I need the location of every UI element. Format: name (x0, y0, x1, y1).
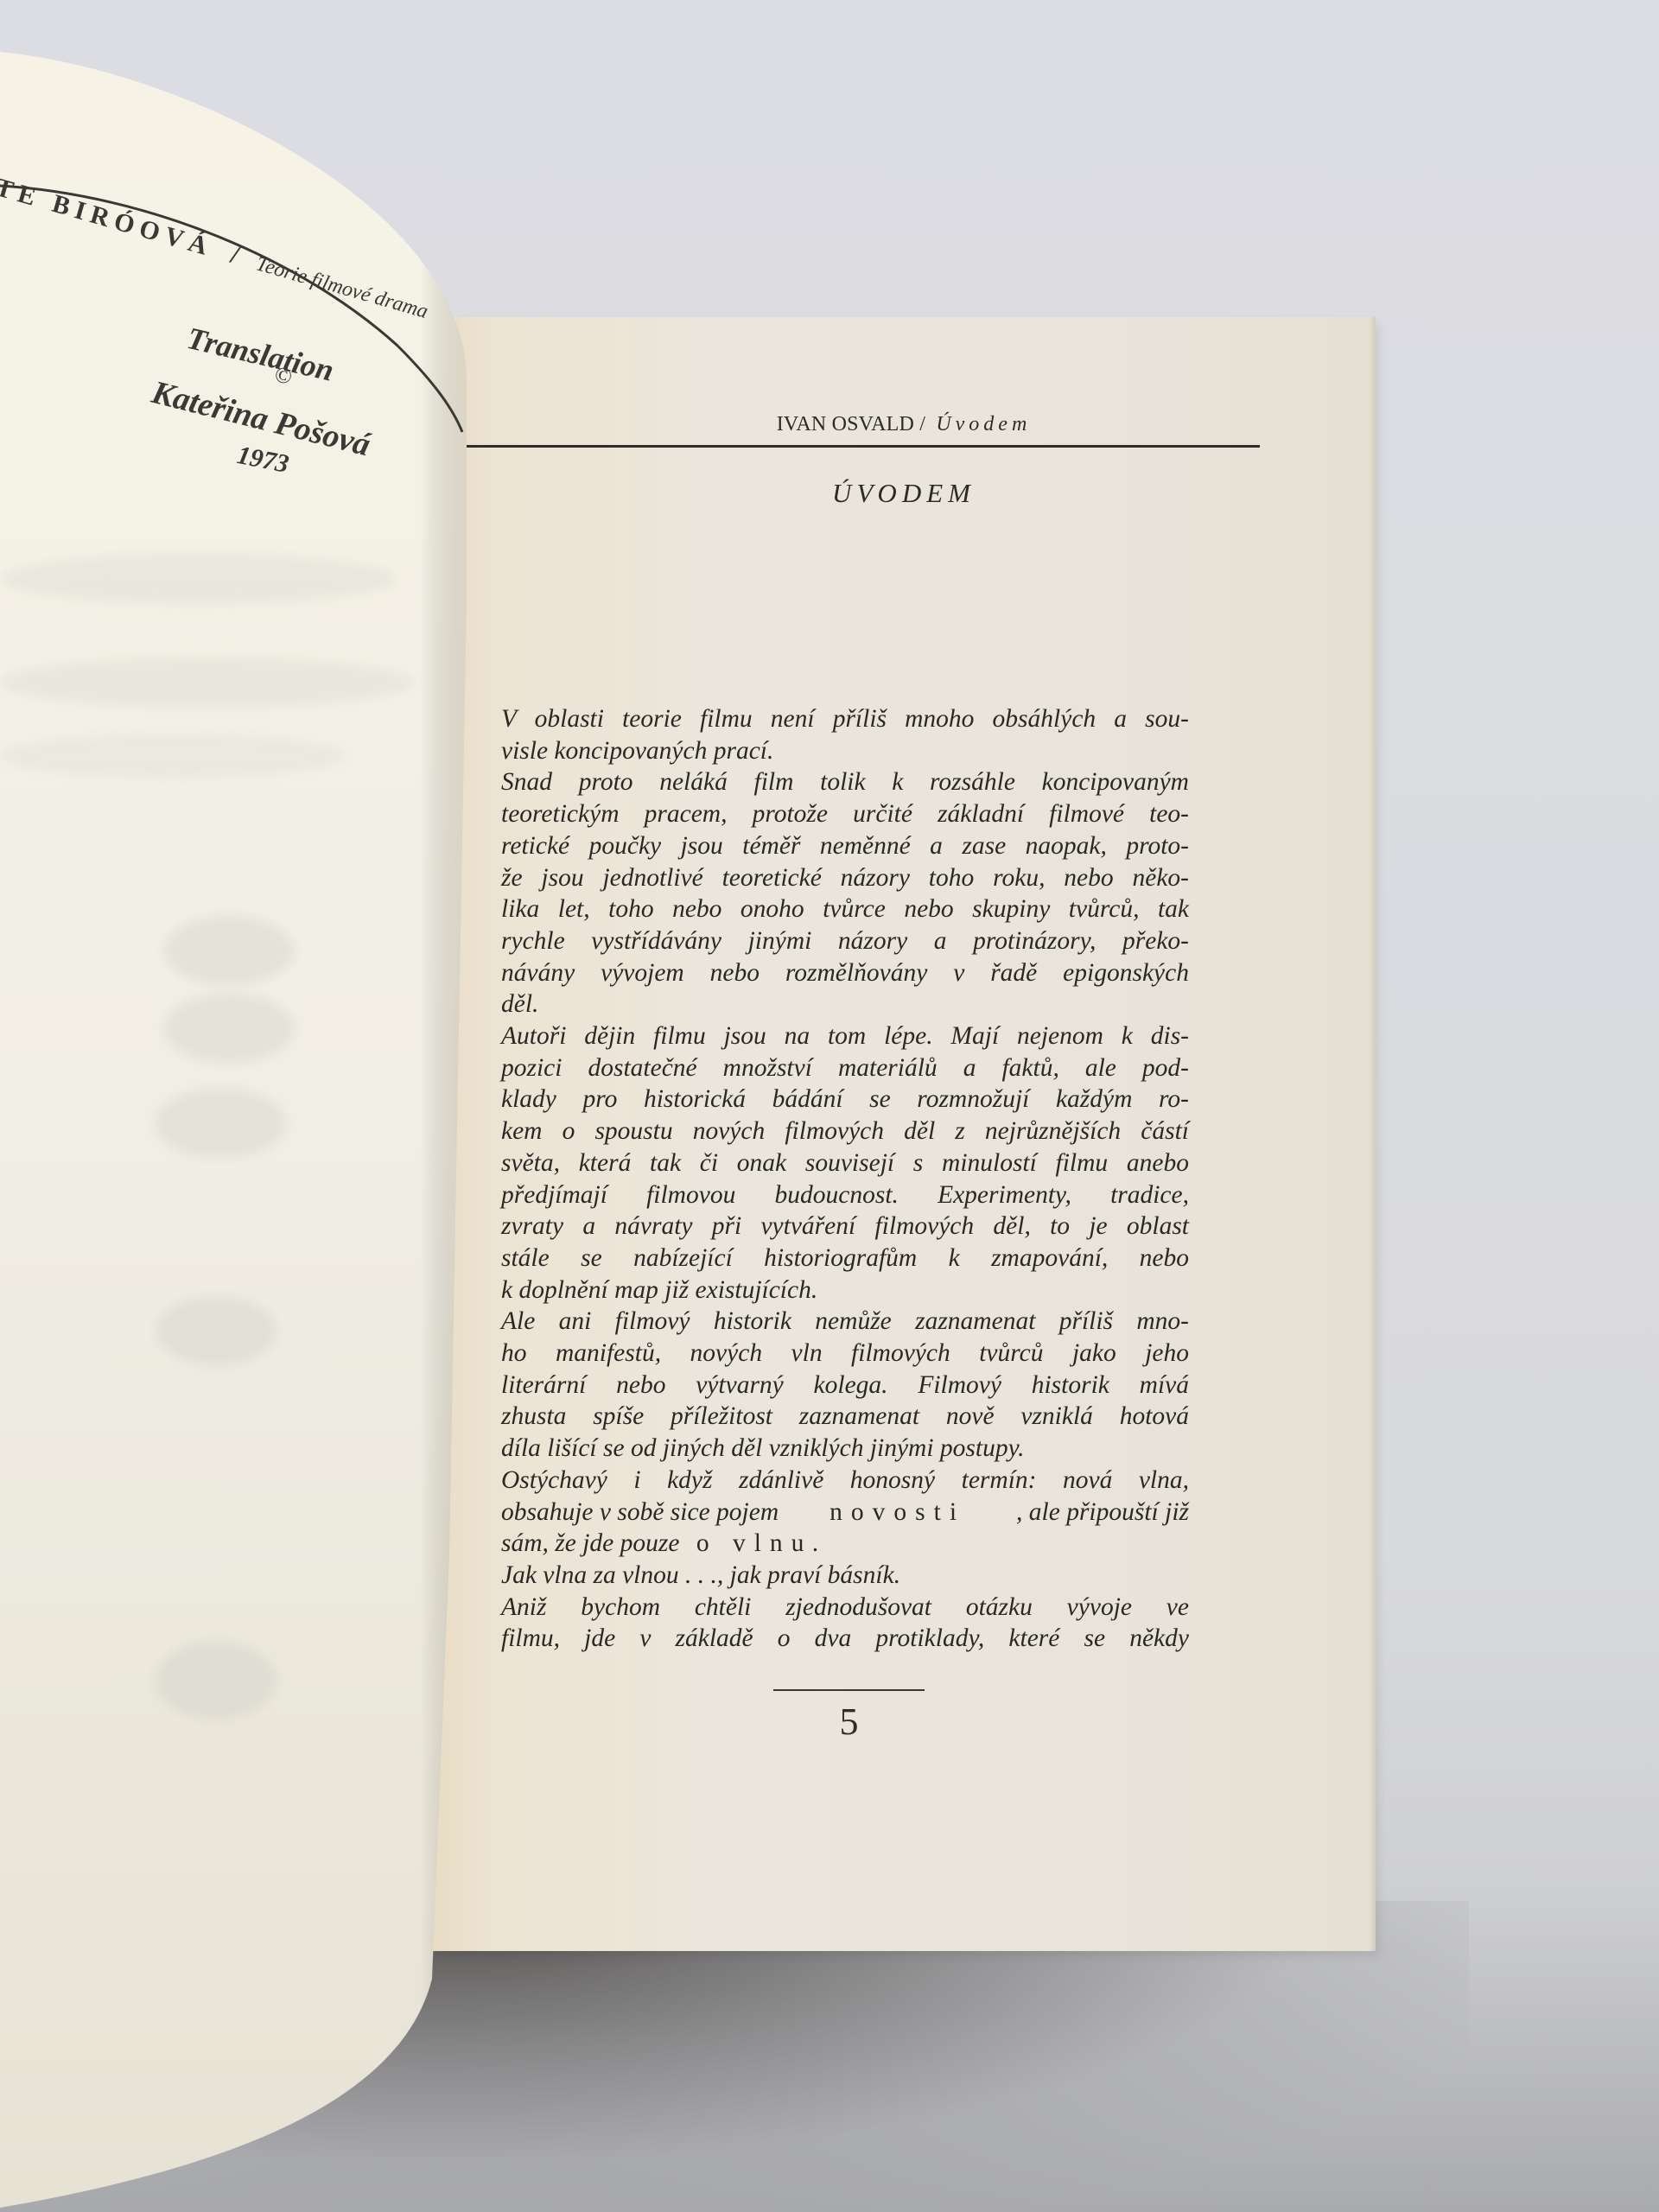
text-line: filmu, jde v základě o dva protiklady, k… (501, 1623, 1189, 1655)
text-fragment: . (812, 1529, 818, 1557)
text-line: že jsou jednotlivé teoretické názory toh… (501, 862, 1189, 894)
text-line: stále se nabízející historiografům k zma… (501, 1243, 1189, 1274)
show-through-mark (164, 994, 294, 1063)
text-line: V oblasti teorie filmu není příliš mnoho… (501, 703, 1189, 735)
page-number: 5 (773, 1700, 925, 1744)
text-line: díla lišící se od jiných děl vzniklých j… (501, 1433, 1189, 1465)
folio-rule (773, 1689, 925, 1691)
text-fragment: sám, že jde pouze (501, 1529, 679, 1557)
emphasis-spaced: o vlnu (696, 1529, 813, 1557)
text-line: zhusta spíše příležitost zaznamenat nově… (501, 1401, 1189, 1433)
body-text: V oblasti teorie filmu není příliš mnoho… (501, 703, 1189, 1655)
text-line: Autoři dějin filmu jsou na tom lépe. Maj… (501, 1020, 1189, 1052)
running-head-author: IVAN OSVALD / (777, 413, 925, 435)
text-line: Ale ani filmový historik nemůže zaznamen… (501, 1306, 1189, 1338)
text-line: Jak vlna za vlnou . . ., jak praví básní… (501, 1560, 1189, 1592)
text-line: ho manifestů, nových vln filmových tvůrc… (501, 1338, 1189, 1370)
show-through-mark (156, 1296, 276, 1365)
book-photo-scene: IVAN OSVALD / Úvodem ÚVODEM V oblasti te… (0, 0, 1659, 2212)
header-rule (466, 445, 1260, 448)
text-line: retické poučky jsou téměř neměnné a zase… (501, 830, 1189, 862)
right-page: IVAN OSVALD / Úvodem ÚVODEM V oblasti te… (432, 317, 1376, 1951)
text-line: kem o spoustu nových filmových děl z nej… (501, 1116, 1189, 1147)
text-line-spaced: sám, že jde pouze o vlnu. (501, 1528, 1189, 1560)
text-line: předjímají filmovou budoucnost. Experime… (501, 1179, 1189, 1211)
text-line: Ostýchavý i když zdánlivě honosný termín… (501, 1465, 1189, 1497)
text-fragment: , ale připouští již (1016, 1497, 1189, 1529)
text-line: zvraty a návraty při vytváření filmových… (501, 1211, 1189, 1243)
show-through-mark (156, 1089, 285, 1158)
text-line: děl. (501, 988, 1189, 1020)
text-line: návány vývojem nebo rozmělňovány v řadě … (501, 957, 1189, 989)
text-line-spaced: obsahuje v sobě sice pojem novosti , ale… (501, 1497, 1189, 1529)
text-line: pozici dostatečné množství materiálů a f… (501, 1052, 1189, 1084)
left-page: TE BIRÓOVÁ / Teorie filmové drama Transl… (0, 0, 484, 2212)
emphasis-spaced: novosti (829, 1497, 965, 1529)
chapter-title: ÚVODEM (432, 478, 1376, 509)
text-line: literární nebo výtvarný kolega. Filmový … (501, 1370, 1189, 1402)
text-fragment: obsahuje v sobě sice pojem (501, 1497, 779, 1529)
show-through-mark (0, 657, 415, 709)
show-through-mark (0, 734, 346, 778)
running-head-title: Úvodem (936, 413, 1031, 435)
text-line: rychle vystřídávány jinými názory a prot… (501, 925, 1189, 957)
text-line: teoretickým pracem, protože určité zákla… (501, 798, 1189, 830)
show-through-mark (156, 1642, 276, 1719)
text-line: lika let, toho nebo onoho tvůrce nebo sk… (501, 893, 1189, 925)
text-line: visle koncipovaných prací. (501, 735, 1189, 767)
running-head: IVAN OSVALD / Úvodem (432, 413, 1376, 436)
text-line: k doplnění map již existujících. (501, 1274, 1189, 1306)
text-line: Snad proto neláká film tolik k rozsáhle … (501, 766, 1189, 798)
text-line: klady pro historická bádání se rozmnožuj… (501, 1084, 1189, 1116)
show-through-mark (0, 553, 397, 605)
text-line: světa, která tak či onak souvisejí s min… (501, 1147, 1189, 1179)
show-through-mark (164, 916, 294, 985)
text-line: Aniž bychom chtěli zjednodušovat otázku … (501, 1592, 1189, 1624)
left-running-head-separator: / (227, 240, 242, 270)
